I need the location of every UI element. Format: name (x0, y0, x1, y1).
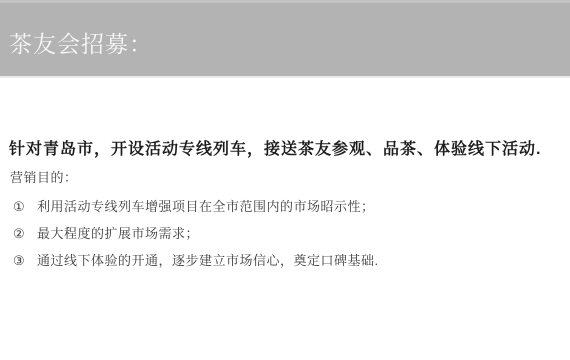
list-item-text: 通过线下体验的开通，逐步建立市场信心，奠定口碑基础. (37, 253, 379, 268)
section-label: 营销目的： (10, 170, 78, 185)
list-item-text: 最大程度的扩展市场需求； (37, 226, 199, 241)
header-separator (0, 76, 570, 78)
list-item: ① 利用活动专线列车增强项目在全市范围内的市场昭示性； (13, 199, 558, 214)
headline: 针对青岛市，开设活动专线列车，接送茶友参观、品茶、体验线下活动. (9, 141, 565, 158)
circled-number-2-icon: ② (13, 226, 27, 241)
circled-number-3-icon: ③ (13, 253, 27, 268)
page-title: 茶友会招募： (9, 31, 153, 57)
list-item: ③ 通过线下体验的开通，逐步建立市场信心，奠定口碑基础. (13, 253, 558, 268)
header-bar: 茶友会招募： (0, 0, 570, 76)
list-item-text: 利用活动专线列车增强项目在全市范围内的市场昭示性； (37, 199, 375, 214)
circled-number-1-icon: ① (13, 199, 27, 214)
list-item: ② 最大程度的扩展市场需求； (13, 226, 558, 241)
slide: 茶友会招募： 针对青岛市，开设活动专线列车，接送茶友参观、品茶、体验线下活动. … (0, 0, 570, 360)
marketing-goals-list: ① 利用活动专线列车增强项目在全市范围内的市场昭示性； ② 最大程度的扩展市场需… (13, 199, 558, 280)
